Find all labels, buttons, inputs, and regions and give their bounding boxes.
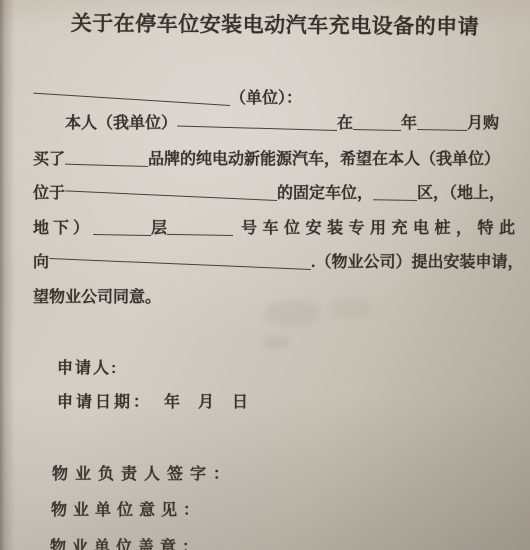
applicant-label: 申请人: [57, 355, 118, 378]
application-date-line: 申请日期：年月日 [57, 389, 248, 412]
underground-text: 地下） [33, 220, 93, 237]
paper-application-document: 关于在停车位安装电动汽车充电设备的申请 （单位）： 本人（我单位）在年月购 买了… [0, 0, 530, 550]
applicant-name-blank [177, 112, 337, 131]
zone-blank [373, 185, 417, 201]
month-blank [417, 115, 467, 131]
addressee-suffix: （单位）： [230, 90, 302, 107]
to-text: 向 [33, 254, 49, 271]
floor-text: 层 [151, 220, 167, 237]
property-company-blank [49, 244, 311, 270]
paragraph-line-6: 向.（物业公司）提出安装申请， [33, 249, 530, 273]
vehicle-text: 品牌的纯电动新能源汽车，希望在本人（我单位） [148, 151, 500, 168]
year-text: 年 [401, 115, 417, 132]
paragraph-line-2: 本人（我单位）在年月购 [33, 110, 530, 134]
address-blank [65, 176, 277, 201]
install-charger-text: 号车位安装专用充电桩，特此 [241, 220, 521, 237]
bought-text: 买了 [33, 151, 65, 168]
paragraph-line-4: 位于的固定车位，区，（地上， [33, 180, 530, 204]
addressee-line: （单位）： [33, 85, 530, 109]
property-manager-signature-label: 物业负责人签字： [52, 461, 236, 484]
request-text: .（物业公司）提出安装申请， [311, 254, 523, 271]
applicant-lead-text: 本人（我单位） [65, 115, 177, 132]
paragraph-line-5: 地下）层号车位安装专用充电桩，特此 [33, 215, 530, 239]
unit-name-blank [33, 79, 231, 106]
ink-bleed-smudge [262, 336, 290, 348]
paragraph-line-7: 望物业公司同意。 [33, 284, 530, 308]
floor-blank [93, 220, 151, 236]
space-number-blank [167, 220, 233, 236]
zone-text: 区，（地上， [417, 185, 505, 202]
date-year-text: 年 [164, 394, 180, 411]
property-unit-opinion-label: 物业单位意见： [51, 497, 205, 520]
month-buy-text: 月购 [467, 115, 499, 132]
hope-agree-text: 望物业公司同意。 [33, 289, 161, 306]
date-day-text: 日 [232, 394, 248, 411]
date-month-text: 月 [198, 394, 214, 411]
at-text: 在 [337, 115, 353, 132]
paragraph-line-3: 买了品牌的纯电动新能源汽车，希望在本人（我单位） [33, 146, 530, 170]
brand-blank [65, 150, 148, 167]
fixed-space-text: 的固定车位， [277, 185, 373, 202]
year-blank [353, 115, 401, 131]
date-label: 申请日期： [57, 394, 152, 411]
property-unit-seal-label: 物业单位盖章： [50, 534, 204, 550]
located-text: 位于 [33, 185, 65, 202]
document-title: 关于在停车位安装电动汽车充电设备的申请 [30, 7, 520, 41]
